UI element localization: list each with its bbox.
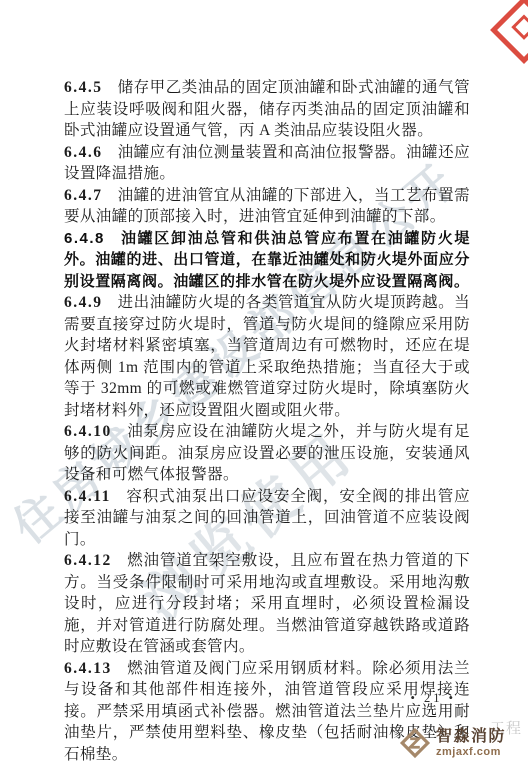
clause-number: 6.4.8 [64,230,105,247]
clause-6.4.5: 6.4.5储存甲乙类油品的固定顶油罐和卧式油罐的通气管上应装设呼吸阀和阻火器，储… [64,77,470,142]
clause-text: 进出油罐防火堤的各类管道宜从防火堤顶跨越。当需要直接穿过防火堤时，管道与防火堤间… [64,294,470,419]
clause-6.4.6: 6.4.6油罐应有油位测量装置和高油位报警器。油罐还应设置降温措施。 [64,142,470,185]
site-branding: 智淼消防 zmjaxf.com [399,727,506,759]
corner-stamp-icon [490,0,528,64]
clause-text: 油罐区卸油总管和供油总管应布置在油罐防火堤外。油罐的进、出口管道，在靠近油罐处和… [64,230,470,290]
clause-number: 6.4.13 [64,660,112,677]
clause-text: 油泵房应设在油罐防火堤之外，并与防火堤有足够的防火间距。油泵房应设置必要的泄压设… [64,423,470,483]
clause-text: 油罐应有油位测量装置和高油位报警器。油罐还应设置降温措施。 [64,144,470,183]
clause-6.4.12: 6.4.12燃油管道宜架空敷设，且应布置在热力管道的下方。当受条件限制时可采用地… [64,550,470,658]
clause-text: 储存甲乙类油品的固定顶油罐和卧式油罐的通气管上应装设呼吸阀和阻火器，储存丙类油品… [64,79,470,139]
brand-domain: zmjaxf.com [436,746,506,758]
clause-6.4.7: 6.4.7油罐的进油管宜从油罐的下部进入，当工艺布置需要从油罐的顶部接入时，进油… [64,185,470,228]
clause-number: 6.4.11 [64,488,111,505]
clause-number: 6.4.9 [64,294,103,311]
clause-6.4.11: 6.4.11容积式油泵出口应设安全阀，安全阀的排出管应接至油罐与油泵之间的回油管… [64,486,470,551]
clause-text: 燃油管道宜架空敷设，且应布置在热力管道的下方。当受条件限制时可采用地沟或直埋敷设… [64,552,470,655]
page-number: • 21 • [0,691,456,706]
brand-name: 智淼消防 [436,728,506,746]
document-page: 住房城乡建设部信息公开 浏览使用 6.4.5储存甲乙类油品的固定顶油罐和卧式油罐… [0,0,528,766]
clause-text: 油罐的进油管宜从油罐的下部进入，当工艺布置需要从油罐的顶部接入时，进油管宜延伸到… [64,187,470,226]
clause-6.4.10: 6.4.10油泵房应设在油罐防火堤之外，并与防火堤有足够的防火间距。油泵房应设置… [64,421,470,486]
clause-number: 6.4.7 [64,187,103,204]
clause-number: 6.4.6 [64,144,103,161]
clauses-container: 6.4.5储存甲乙类油品的固定顶油罐和卧式油罐的通气管上应装设呼吸阀和阻火器，储… [64,77,470,765]
clause-number: 6.4.12 [64,552,112,569]
clause-text: 容积式油泵出口应设安全阀，安全阀的排出管应接至油罐与油泵之间的回油管道上，回油管… [64,488,470,548]
brand-logo-icon [399,727,431,759]
clause-number: 6.4.10 [64,423,112,440]
clause-number: 6.4.5 [64,79,103,96]
clause-6.4.9: 6.4.9进出油罐防火堤的各类管道宜从防火堤顶跨越。当需要直接穿过防火堤时，管道… [64,292,470,421]
clause-6.4.8: 6.4.8油罐区卸油总管和供油总管应布置在油罐防火堤外。油罐的进、出口管道，在靠… [64,228,470,293]
